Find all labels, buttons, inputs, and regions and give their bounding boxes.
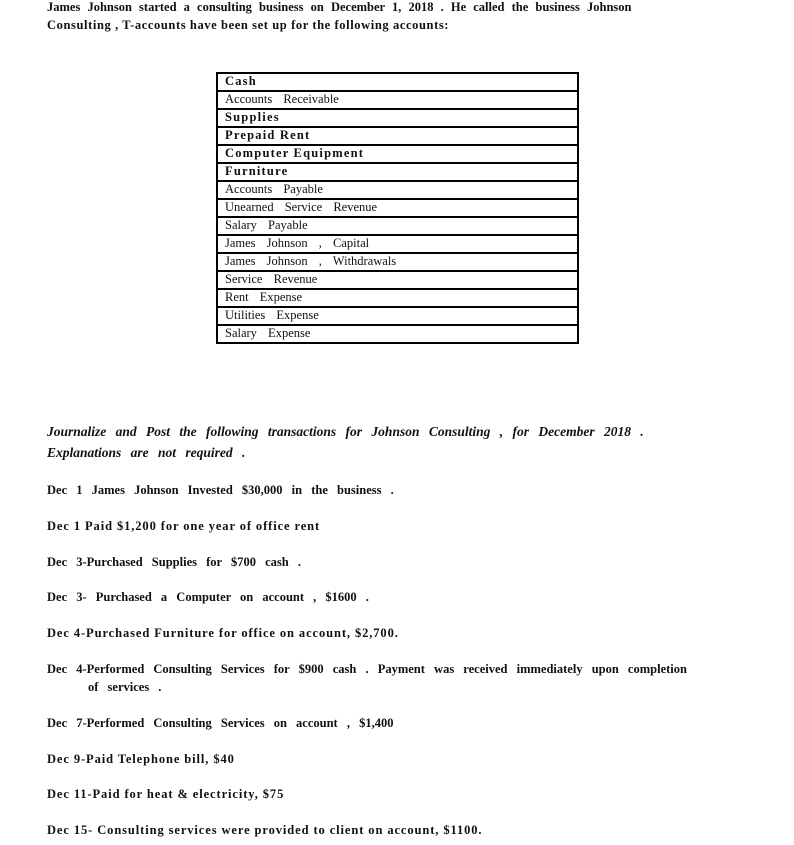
transaction-item: Dec 3-Purchased Supplies for $700 cash . <box>47 553 301 571</box>
account-row: Service Revenue <box>217 271 578 289</box>
account-accounts-receivable: Accounts Receivable <box>217 91 578 109</box>
account-rent-expense: Rent Expense <box>217 289 578 307</box>
account-utilities-expense: Utilities Expense <box>217 307 578 325</box>
account-withdrawals: James Johnson , Withdrawals <box>217 253 578 271</box>
account-row: Cash <box>217 73 578 91</box>
transaction-item: Dec 1 Paid $1,200 for one year of office… <box>47 517 320 535</box>
transaction-item: Dec 4-Performed Consulting Services for … <box>47 660 687 696</box>
transaction-item: Dec 1 James Johnson Invested $30,000 in … <box>47 481 394 499</box>
account-row: Supplies <box>217 109 578 127</box>
intro-line-2: Consulting , T-accounts have been set up… <box>47 16 747 34</box>
t-accounts-table: Cash Accounts Receivable Supplies Prepai… <box>216 72 579 344</box>
account-furniture: Furniture <box>217 163 578 181</box>
account-row: James Johnson , Capital <box>217 235 578 253</box>
account-row: Utilities Expense <box>217 307 578 325</box>
transaction-item: Dec 11-Paid for heat & electricity, $75 <box>47 785 284 803</box>
account-row: James Johnson , Withdrawals <box>217 253 578 271</box>
account-row: Accounts Receivable <box>217 91 578 109</box>
account-unearned-service-revenue: Unearned Service Revenue <box>217 199 578 217</box>
account-supplies: Supplies <box>217 109 578 127</box>
intro-paragraph: James Johnson started a consulting busin… <box>47 0 747 34</box>
transaction-item: Dec 15- Consulting services were provide… <box>47 821 482 839</box>
intro-line-1: James Johnson started a consulting busin… <box>47 0 747 16</box>
account-row: Prepaid Rent <box>217 127 578 145</box>
account-computer-equipment: Computer Equipment <box>217 145 578 163</box>
account-cash: Cash <box>217 73 578 91</box>
account-capital: James Johnson , Capital <box>217 235 578 253</box>
account-salary-expense: Salary Expense <box>217 325 578 343</box>
transaction-item: Dec 3- Purchased a Computer on account ,… <box>47 588 369 606</box>
instructions-line-2: Explanations are not required . <box>47 442 767 463</box>
transaction-item: Dec 4-Purchased Furniture for office on … <box>47 624 399 642</box>
account-prepaid-rent: Prepaid Rent <box>217 127 578 145</box>
account-row: Rent Expense <box>217 289 578 307</box>
account-row: Accounts Payable <box>217 181 578 199</box>
account-row: Furniture <box>217 163 578 181</box>
account-service-revenue: Service Revenue <box>217 271 578 289</box>
account-salary-payable: Salary Payable <box>217 217 578 235</box>
account-row: Unearned Service Revenue <box>217 199 578 217</box>
instructions: Journalize and Post the following transa… <box>47 421 767 463</box>
transaction-continuation: of services . <box>47 678 687 696</box>
transaction-item: Dec 7-Performed Consulting Services on a… <box>47 714 393 732</box>
account-row: Salary Payable <box>217 217 578 235</box>
account-accounts-payable: Accounts Payable <box>217 181 578 199</box>
account-row: Salary Expense <box>217 325 578 343</box>
account-row: Computer Equipment <box>217 145 578 163</box>
instructions-line-1: Journalize and Post the following transa… <box>47 421 767 442</box>
transaction-item: Dec 9-Paid Telephone bill, $40 <box>47 750 235 768</box>
